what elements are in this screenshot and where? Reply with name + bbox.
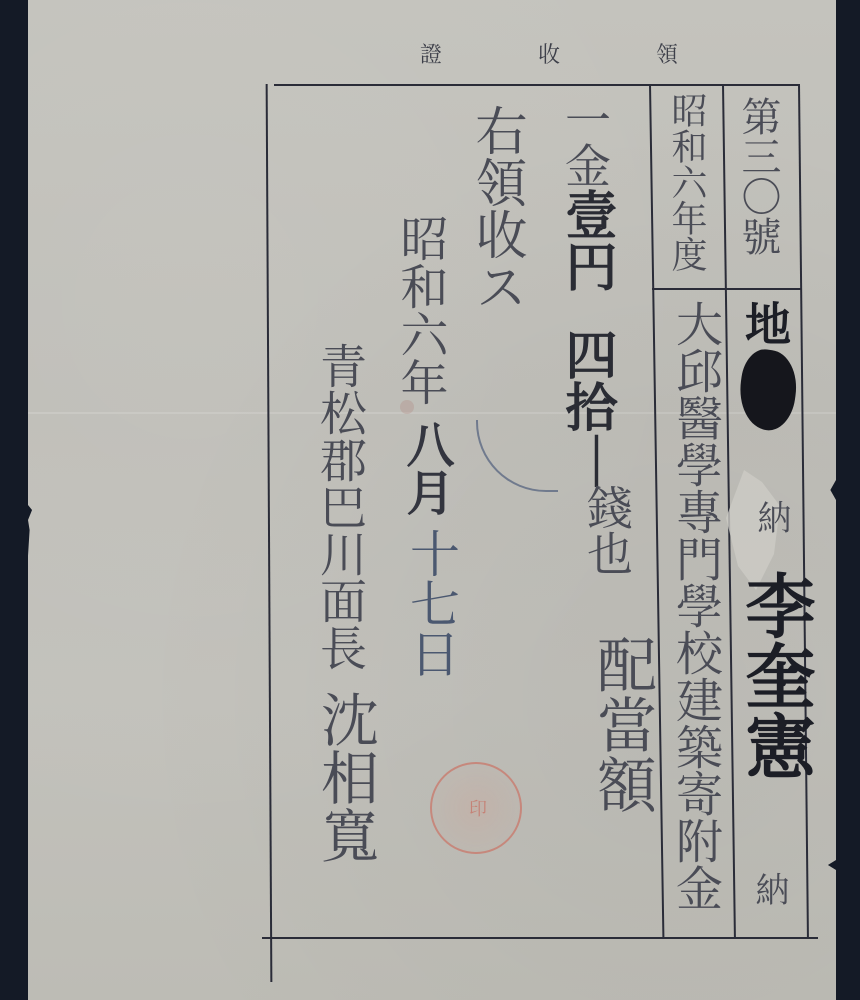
paper-stain (400, 400, 414, 414)
amount-yen: 壹円 (560, 188, 612, 292)
issuer-name: 沈相寬 (316, 690, 374, 864)
allotted-amount-label: 配當額 (592, 634, 652, 814)
amount-sen-units: │ (574, 436, 618, 487)
fiscal-year: 昭和六年度 (668, 92, 704, 272)
date-month: 八月 (402, 420, 450, 516)
amount-suffix: 錢也 (584, 484, 630, 576)
donation-purpose: 大邱醫學專門學校建築寄附金 (672, 300, 719, 911)
title-char-2: 收 (538, 38, 560, 69)
serial-number: 第三〇號 (738, 96, 778, 256)
issuer-office: 青松郡巴川面長 (316, 342, 363, 671)
document-title: 證 收 領 (420, 38, 678, 69)
payer-locality: 地 (742, 300, 788, 346)
date-day: 十七日 (406, 528, 456, 678)
payer-mark-1: 納 (754, 500, 788, 534)
title-char-3: 證 (420, 38, 442, 69)
header-divider-horizontal (652, 288, 802, 290)
box-top-line (274, 84, 798, 86)
amount-prefix: 一金 (562, 96, 608, 188)
title-char-1: 領 (656, 38, 678, 69)
acknowledgement-text: 右領收ス (470, 104, 522, 312)
official-seal: 印 (430, 762, 522, 854)
payer-mark-2: 納 (752, 872, 786, 906)
amount-sen-tens: 四拾 (560, 328, 612, 432)
date-era-year: 昭和六年 (396, 214, 444, 406)
payer-name: 李奎憲 (740, 570, 810, 780)
